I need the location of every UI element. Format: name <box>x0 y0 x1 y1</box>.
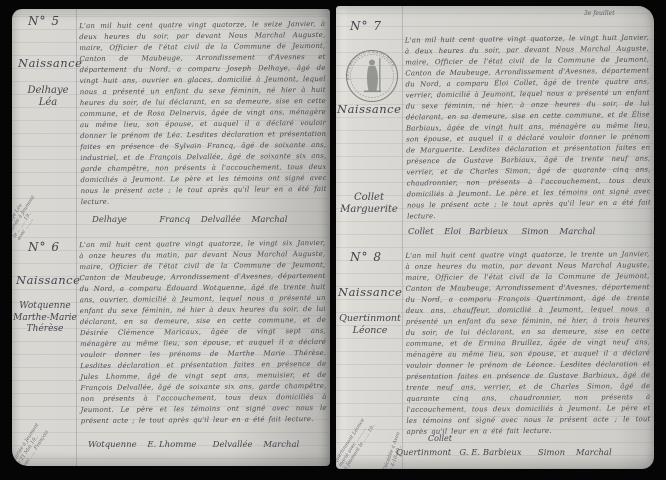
margin-label-naissance: Naissance <box>18 56 82 70</box>
margin-child-name: Wotquenne Marthe-Marie Thérèse <box>12 301 78 336</box>
margin-annotation: Delhaye Léa mariée à Jeumont le .. .....… <box>12 176 57 242</box>
record-number: N° 7 <box>350 19 382 33</box>
record-number: N° 6 <box>28 240 60 254</box>
feuillet-note: 3e feuillet <box>584 10 615 17</box>
act-body-text: L'an mil huit cent quatre vingt quatorze… <box>79 19 327 221</box>
republique-francaise-stamp-icon: RÉPUBLIQUE FRANÇAISE <box>344 48 400 104</box>
right-page: 3e feuillet N° 7 RÉPUBLIQUE FRANÇAISE Na… <box>336 6 654 469</box>
margin-label-naissance: Naissance <box>16 273 80 287</box>
signatures-row: Collet Eloi Barbieux Simon Marchal <box>408 227 650 237</box>
margin-child-name: Collet Marguerite <box>336 192 402 215</box>
margin-label-naissance: Naissance <box>338 285 402 299</box>
signatures-row: Quertinmont G. E. Barbieux Simon Marchal <box>396 448 650 458</box>
signatures-row: Wotquenne E. Lhomme Delvallée Marchal <box>88 440 328 450</box>
signatures-row: Delhaye Francq Delvallée Marchal <box>92 215 328 225</box>
left-page: N° 5 Naissance Delhaye Léa Delhaye Léa m… <box>12 9 330 466</box>
margin-label-naissance: Naissance <box>337 102 401 116</box>
margin-annotation: Mariée à Jeumont le 21 Mai 19.. avec ...… <box>12 407 61 466</box>
margin-annotation-marriage: Quertinmont Léonce marié avec ..........… <box>336 402 387 469</box>
stray-signature: Collet <box>428 434 452 443</box>
record-number: N° 8 <box>350 250 382 264</box>
margin-child-name: Quertinmont Léonce <box>336 313 404 336</box>
act-body-text: L'an mil huit cent quatre vingt quatorze… <box>405 33 651 228</box>
register-scan: N° 5 Naissance Delhaye Léa Delhaye Léa m… <box>0 0 666 480</box>
record-number: N° 5 <box>28 14 60 28</box>
margin-child-name: Delhaye Léa <box>18 85 78 108</box>
act-body-text: L'an mil huit cent quatre vingt quatorze… <box>79 238 327 436</box>
act-body-text: L'an mil huit cent quatre vingt quatorze… <box>405 249 650 443</box>
